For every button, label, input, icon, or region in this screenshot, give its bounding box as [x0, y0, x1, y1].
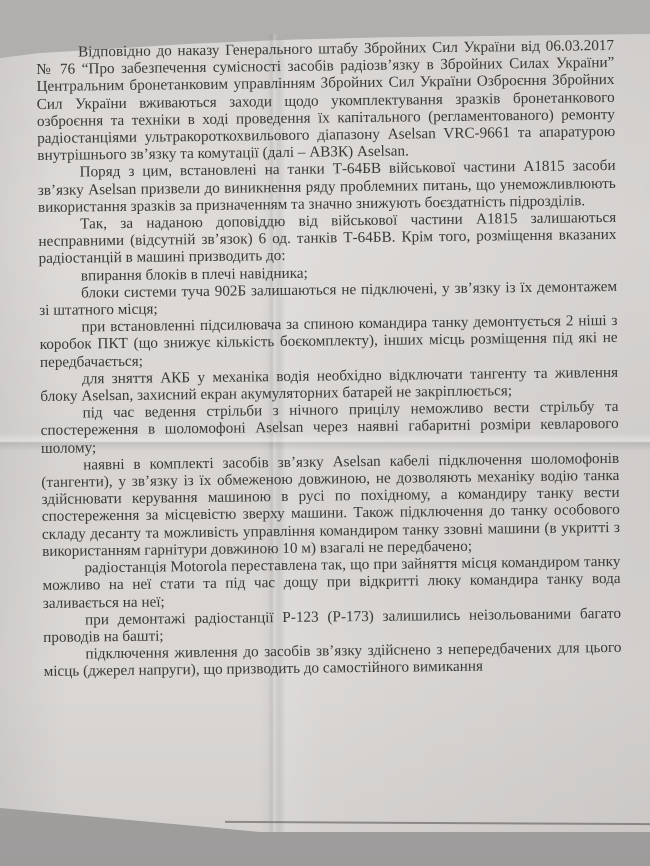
list-item-headset-cables: наявні в комплекті засобів зв’язку Asels…	[41, 450, 620, 560]
list-item-amplifier-install: при встановленні підсилювача за спиною к…	[39, 312, 618, 371]
list-item-power-connection: підключення живлення до засобів зв’язку …	[43, 639, 621, 680]
list-item-motorola-placement: радіостанція Motorola переставлена так, …	[42, 553, 621, 612]
list-item-night-sight: під час ведення стрільби з нічного приці…	[40, 398, 619, 457]
paragraph-order-reference: Відповідно до наказу Генерального штабу …	[36, 37, 615, 164]
paragraph-problems-intro: Поряд з цим, встановлені на танки Т-64БВ…	[37, 157, 616, 216]
paragraph-unit-report: Так, за наданою доповіддю від військової…	[38, 209, 617, 268]
document-body: Відповідно до наказу Генерального штабу …	[36, 37, 622, 681]
